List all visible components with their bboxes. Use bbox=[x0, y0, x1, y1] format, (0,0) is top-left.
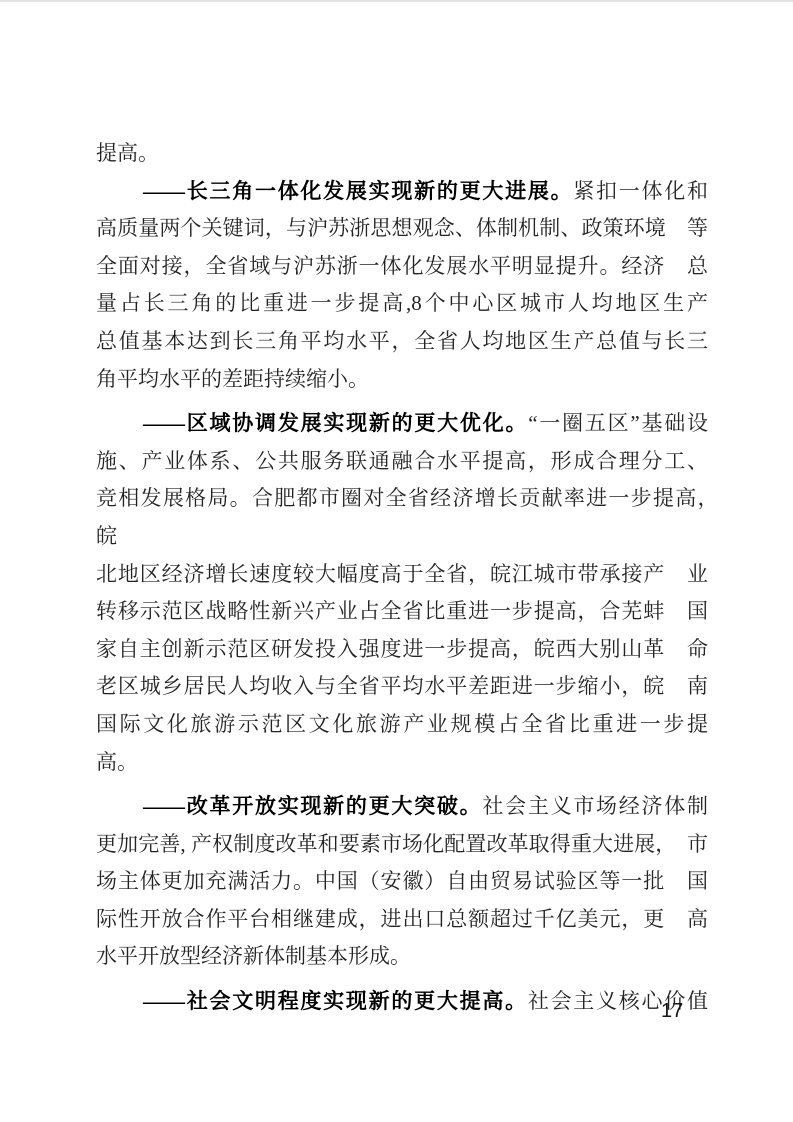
paragraph-heading: ——区域协调发展实现新的更大优化。 bbox=[143, 411, 528, 435]
page-number: 17 bbox=[661, 1000, 683, 1023]
paragraph-quyu-xietiao: ——区域协调发展实现新的更大优化。“一圈五区”基础设 施、产业体系、公共服务联通… bbox=[96, 405, 708, 781]
text-line: 高质量两个关键词，与沪苏浙思想观念、体制机制、政策环境 等 bbox=[96, 210, 708, 248]
paragraph-first-line: ——改革开放实现新的更大突破。社会主义市场经济体制 bbox=[96, 788, 708, 826]
paragraph-changsanjiao: ——长三角一体化发展实现新的更大进展。紧扣一体化和 高质量两个关键词，与沪苏浙思… bbox=[96, 173, 708, 399]
text-line: 转移示范区战略性新兴产业占全省比重进一步提高，合芜蚌 国 bbox=[96, 593, 708, 631]
text-line: 场主体更加充满活力。中国（安徽）自由贸易试验区等一批 国 bbox=[96, 863, 708, 901]
text-line: 水平开放型经济新体制基本形成。 bbox=[96, 938, 708, 976]
text-line: 总值基本达到长三角平均水平，全省人均地区生产总值与长三 bbox=[96, 323, 708, 361]
text-line: 竞相发展格局。合肥都市圈对全省经济增长贡献率进一步提高， 皖 bbox=[96, 480, 708, 555]
text-line: 量占长三角的比重进一步提高,8个中心区城市人均地区生产 bbox=[96, 285, 708, 323]
paragraph-heading: ——长三角一体化发展实现新的更大进展。 bbox=[143, 179, 573, 203]
text-line: 家自主创新示范区研发投入强度进一步提高，皖西大别山革 命 bbox=[96, 631, 708, 669]
paragraph-gaige-kaifang: ——改革开放实现新的更大突破。社会主义市场经济体制 更加完善, 产权制度改革和要… bbox=[96, 788, 708, 976]
paragraph-first-line: ——长三角一体化发展实现新的更大进展。紧扣一体化和 bbox=[96, 173, 708, 211]
text-line: 际性开放合作平台相继建成，进出口总额超过千亿美元，更 高 bbox=[96, 901, 708, 939]
text-line: 北地区经济增长速度较大幅度高于全省，皖江城市带承接产 业 bbox=[96, 556, 708, 594]
text-line: 高。 bbox=[96, 744, 708, 782]
text-line: 老区城乡居民人均收入与全省平均水平差距进一步缩小，皖 南 bbox=[96, 668, 708, 706]
text-line: 施、产业体系、公共服务联通融合水平提高，形成合理分工、 bbox=[96, 443, 708, 481]
paragraph-first-line-rest: “一圈五区”基础设 bbox=[528, 411, 708, 435]
paragraph-first-line: ——社会文明程度实现新的更大提高。社会主义核心价值 bbox=[96, 983, 708, 1021]
paragraph-first-line: ——区域协调发展实现新的更大优化。“一圈五区”基础设 bbox=[96, 405, 708, 443]
text-line: 角平均水平的差距持续缩小。 bbox=[96, 361, 708, 399]
document-text-block: 提高。 ——长三角一体化发展实现新的更大进展。紧扣一体化和 高质量两个关键词，与… bbox=[96, 135, 708, 1021]
scan-edge-artifact bbox=[0, 0, 793, 2]
paragraph-continuation-line: 提高。 bbox=[96, 135, 708, 173]
text-line: 国际文化旅游示范区文化旅游产业规模占全省比重进一步提 bbox=[96, 706, 708, 744]
text-line: 更加完善, 产权制度改革和要素市场化配置改革取得重大进展， 市 bbox=[96, 826, 708, 864]
paragraph-first-line-rest: 紧扣一体化和 bbox=[573, 179, 708, 203]
paragraph-heading: ——改革开放实现新的更大突破。 bbox=[143, 794, 482, 818]
text-line: 全面对接，全省域与沪苏浙一体化发展水平明显提升。经济 总 bbox=[96, 248, 708, 286]
paragraph-first-line-rest: 社会主义市场经济体制 bbox=[482, 794, 708, 818]
paragraph-heading: ——社会文明程度实现新的更大提高。 bbox=[143, 989, 528, 1013]
paragraph-shehui-wenming: ——社会文明程度实现新的更大提高。社会主义核心价值 bbox=[96, 983, 708, 1021]
